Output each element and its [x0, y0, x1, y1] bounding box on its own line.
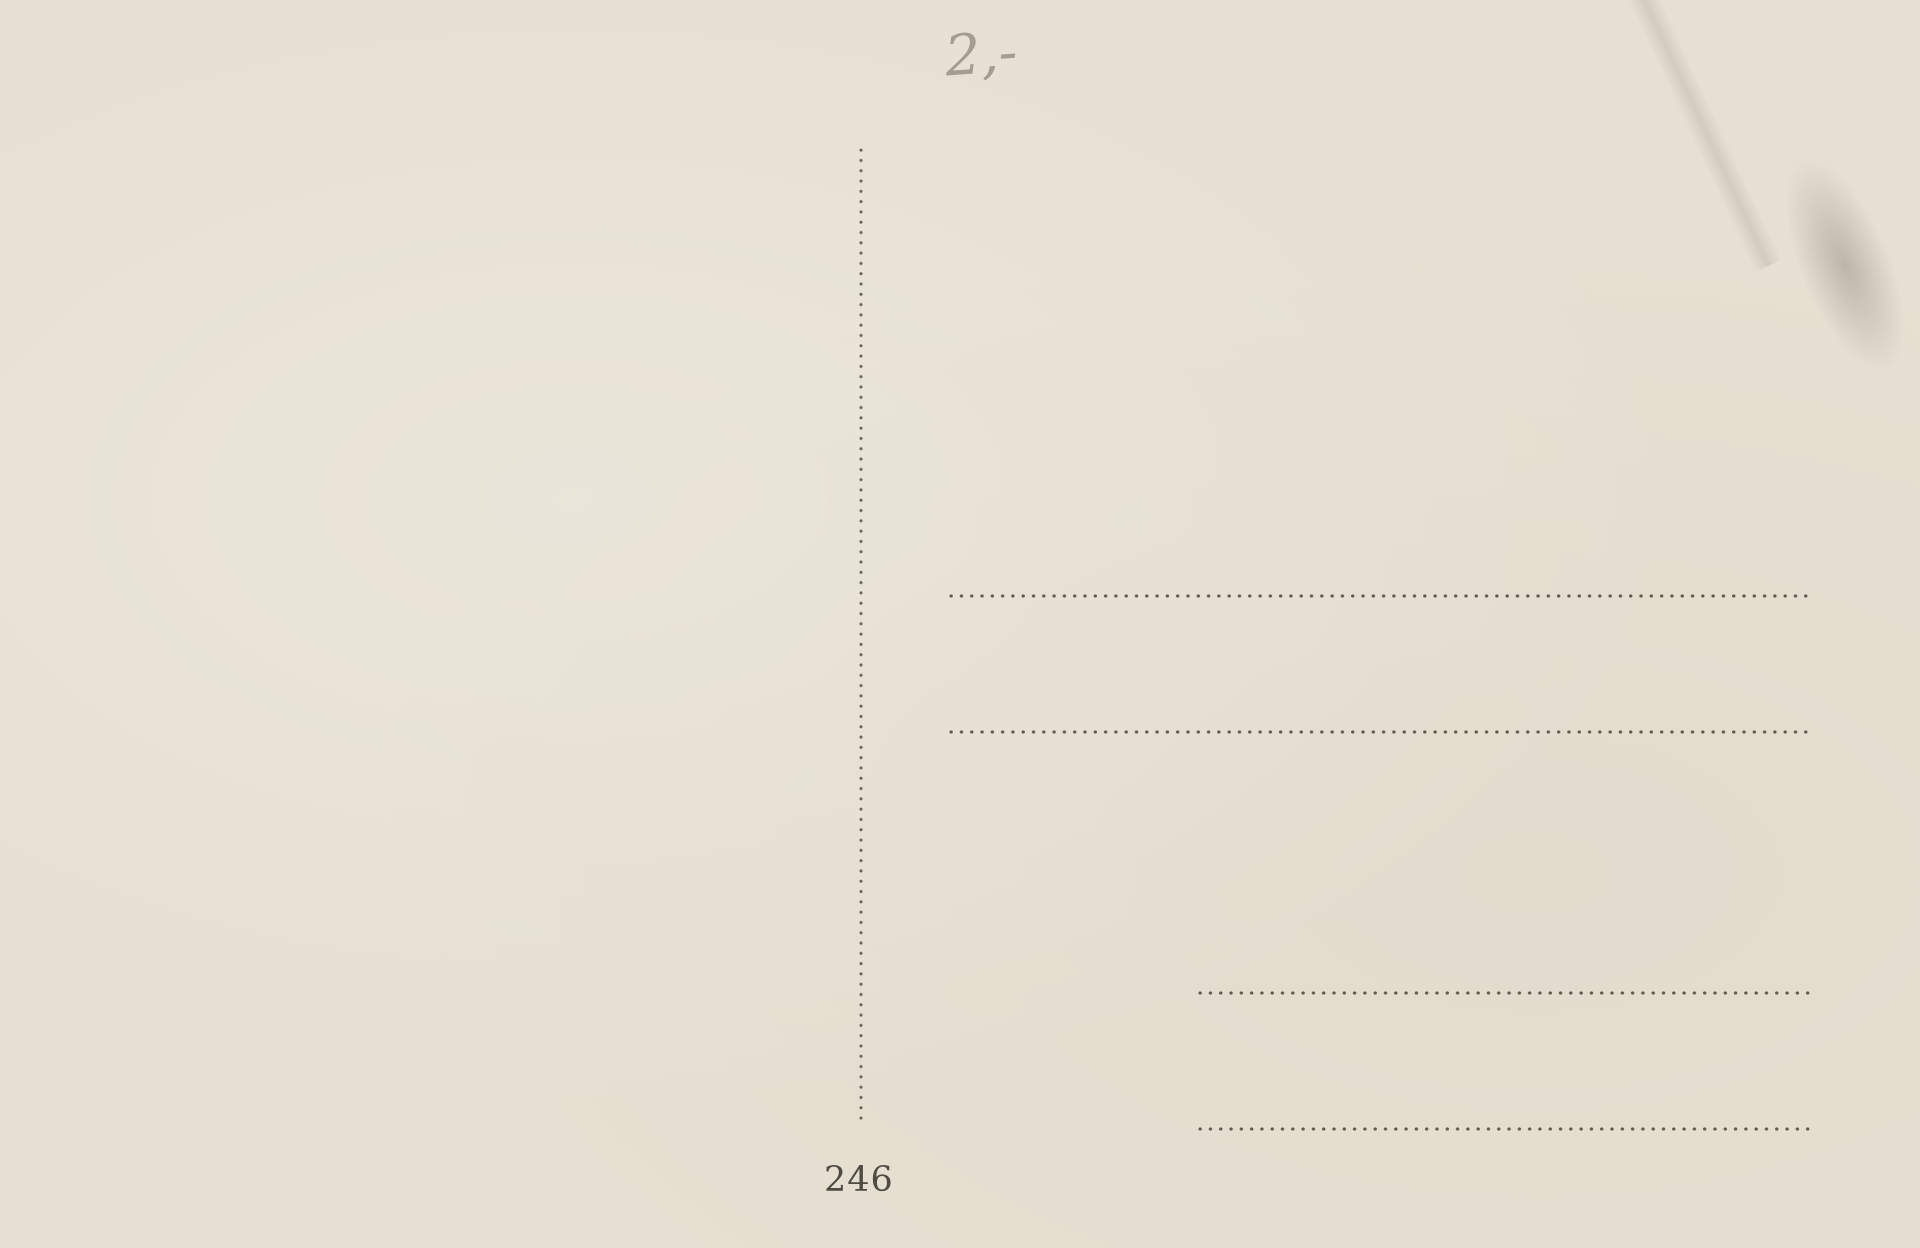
serial-number: 246 [824, 1160, 894, 1200]
pencil-price-note: 2,- [943, 20, 1020, 90]
address-line-1 [946, 594, 1812, 598]
address-line-4 [1195, 1127, 1813, 1131]
address-line-2 [946, 730, 1812, 734]
address-line-3 [1195, 991, 1813, 995]
center-divider-dotted-line [859, 145, 863, 1125]
postcard-back: 2,- 246 [0, 0, 1920, 1248]
smudge-mark [1760, 142, 1920, 389]
smudge-streak [1628, 0, 1782, 272]
